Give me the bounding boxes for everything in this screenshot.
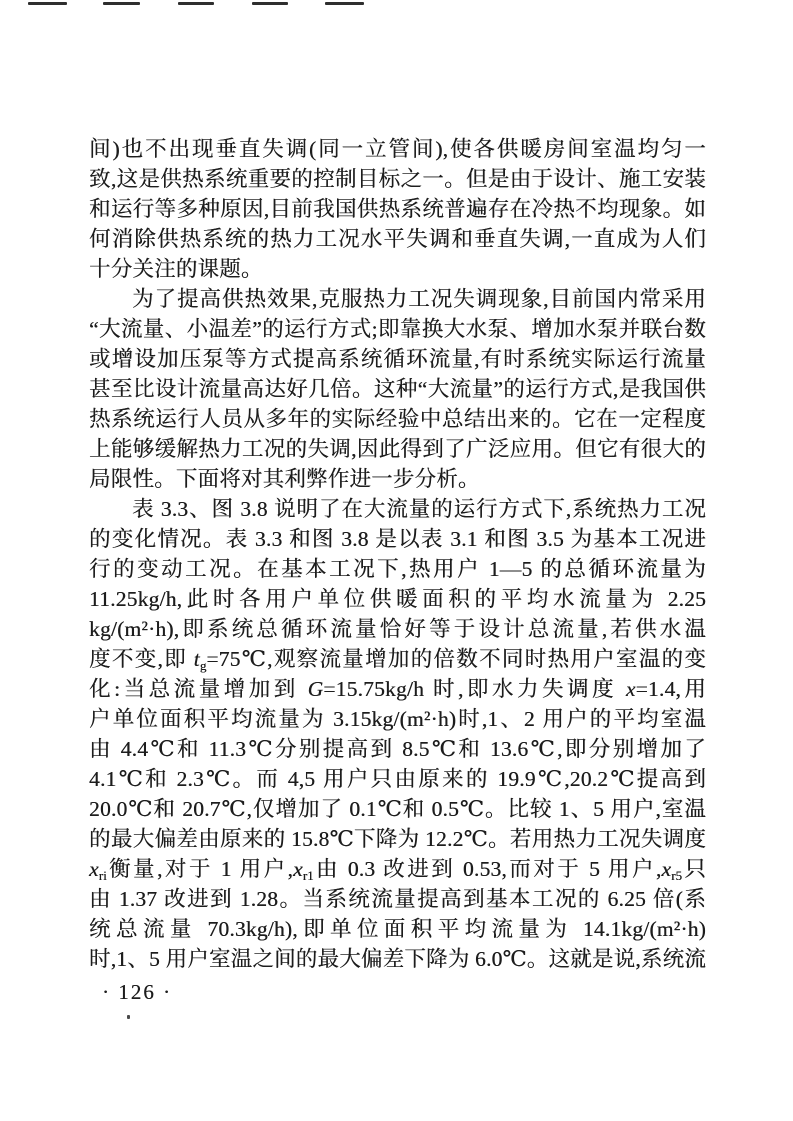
- text-line: 为了提高供热效果,克服热力工况失调现象,目前国内常采用: [89, 284, 706, 314]
- text-line: 由 4.4℃和 11.3℃分别提高到 8.5℃和 13.6℃,即分别增加了: [89, 734, 706, 764]
- text-line: 局限性。下面将对其利弊作进一步分析。: [89, 464, 706, 494]
- text-line: 和运行等多种原因,目前我国供热系统普遍存在冷热不均现象。如: [89, 194, 706, 224]
- text-line: 的变化情况。表 3.3 和图 3.8 是以表 3.1 和图 3.5 为基本工况进: [89, 524, 706, 554]
- text-line: 统总流量 70.3kg/h),即单位面积平均流量为 14.1kg/(m²·h): [89, 914, 706, 944]
- text-line: 上能够缓解热力工况的失调,因此得到了广泛应用。但它有很大的: [89, 434, 706, 464]
- scan-artifact-dash: [28, 2, 67, 5]
- text-line: kg/(m²·h),即系统总循环流量恰好等于设计总流量,若供水温: [89, 614, 706, 644]
- text-line: 化:当总流量增加到 G=15.75kg/h 时,即水力失调度 x=1.4,用: [89, 674, 706, 704]
- scan-artifact-dot: [127, 1015, 130, 1019]
- text-line: 时,1、5 用户室温之间的最大偏差下降为 6.0℃。这就是说,系统流: [89, 944, 706, 974]
- text-line: xri衡量,对于 1 用户,xr1由 0.3 改进到 0.53,而对于 5 用户…: [89, 854, 706, 884]
- text-line: 致,这是供热系统重要的控制目标之一。但是由于设计、施工安装: [89, 164, 706, 194]
- scan-artifact-dash: [325, 2, 364, 5]
- text-line: 的最大偏差由原来的 15.8℃下降为 12.2℃。若用热力工况失调度: [89, 824, 706, 854]
- text-line: 间)也不出现垂直失调(同一立管间),使各供暖房间室温均匀一: [89, 134, 706, 164]
- book-page: 间)也不出现垂直失调(同一立管间),使各供暖房间室温均匀一致,这是供热系统重要的…: [0, 0, 793, 1121]
- text-line: 热系统运行人员从多年的实际经验中总结出来的。它在一定程度: [89, 404, 706, 434]
- text-line: 或增设加压泵等方式提高系统循环流量,有时系统实际运行流量: [89, 344, 706, 374]
- scan-artifact-dash: [252, 2, 288, 5]
- text-block: 间)也不出现垂直失调(同一立管间),使各供暖房间室温均匀一致,这是供热系统重要的…: [89, 134, 706, 974]
- text-line: 20.0℃和 20.7℃,仅增加了 0.1℃和 0.5℃。比较 1、5 用户,室…: [89, 794, 706, 824]
- scan-artifact-dash: [103, 2, 140, 5]
- text-line: 十分关注的课题。: [89, 254, 706, 284]
- text-line: 行的变动工况。在基本工况下,热用户 1—5 的总循环流量为: [89, 554, 706, 584]
- text-line: 11.25kg/h,此时各用户单位供暖面积的平均水流量为 2.25: [89, 584, 706, 614]
- text-line: 户单位面积平均流量为 3.15kg/(m²·h)时,1、2 用户的平均室温: [89, 704, 706, 734]
- text-line: 甚至比设计流量高达好几倍。这种“大流量”的运行方式,是我国供: [89, 374, 706, 404]
- text-line: 表 3.3、图 3.8 说明了在大流量的运行方式下,系统热力工况: [89, 494, 706, 524]
- text-line: 4.1℃和 2.3℃。而 4,5 用户只由原来的 19.9℃,20.2℃提高到: [89, 764, 706, 794]
- text-line: “大流量、小温差”的运行方式;即靠换大水泵、增加水泵并联台数: [89, 314, 706, 344]
- text-line: 度不变,即 tg=75℃,观察流量增加的倍数不同时热用户室温的变: [89, 644, 706, 674]
- scan-artifact-dash: [178, 2, 214, 5]
- text-line: 由 1.37 改进到 1.28。当系统流量提高到基本工况的 6.25 倍(系: [89, 884, 706, 914]
- text-line: 何消除供热系统的热力工况水平失调和垂直失调,一直成为人们: [89, 224, 706, 254]
- page-number: · 126 ·: [102, 980, 172, 1005]
